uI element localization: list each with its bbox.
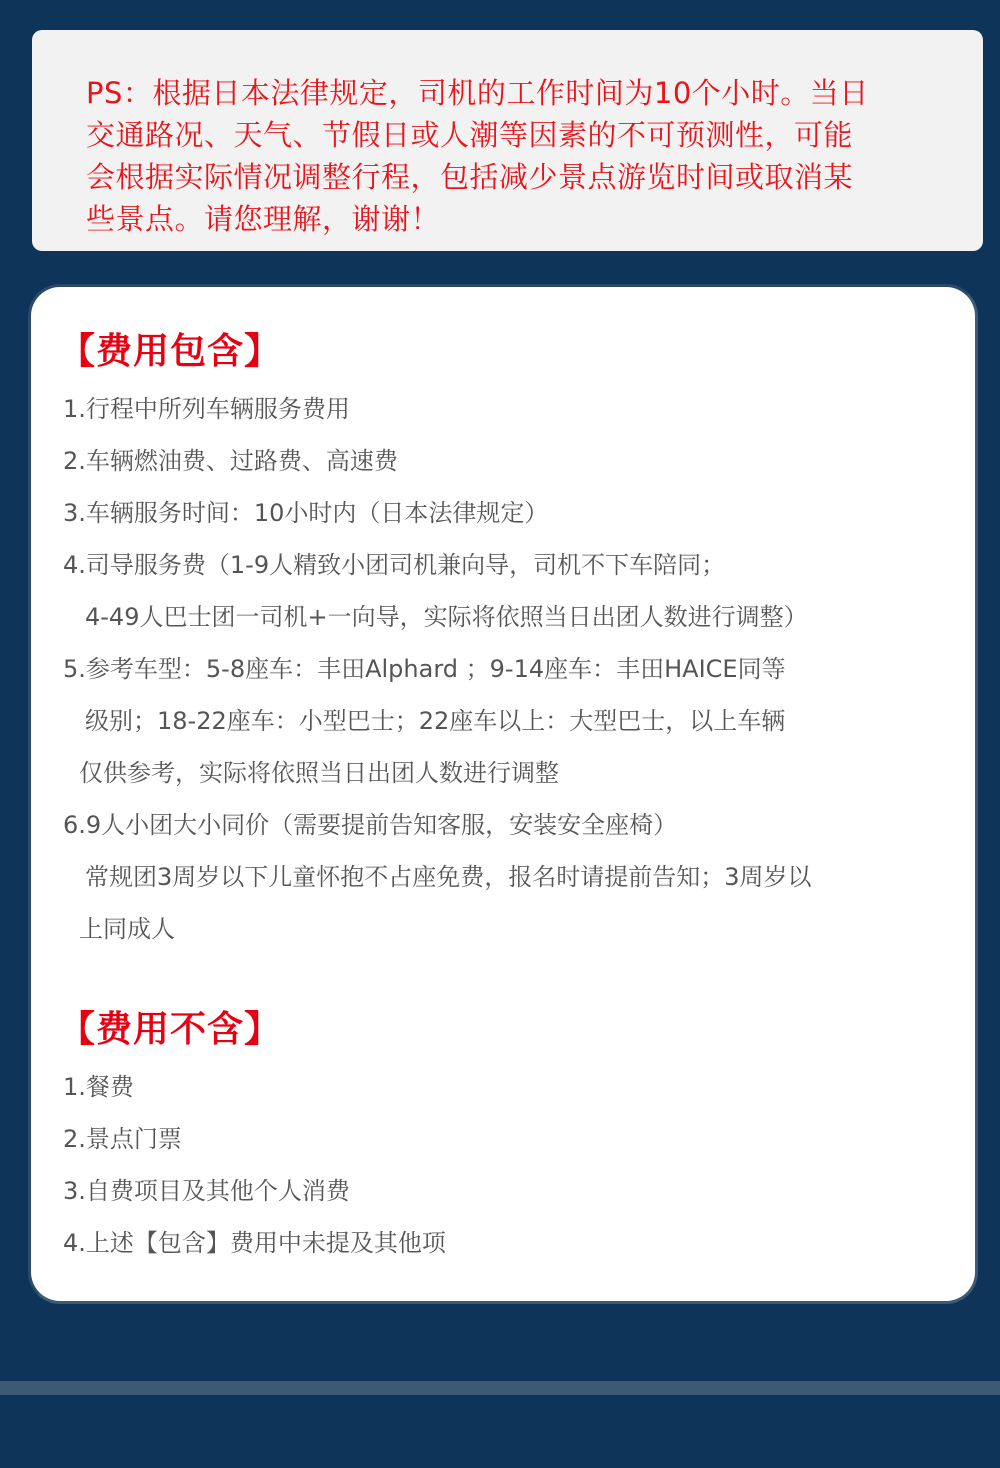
list-item: 2.景点门票 xyxy=(63,1113,945,1165)
excluded-section-title: 【费用不含】 xyxy=(59,1005,945,1055)
list-item-continuation: 仅供参考，实际将依照当日出团人数进行调整 xyxy=(63,747,945,799)
notice-line: 些景点。请您理解，谢谢！ xyxy=(86,198,943,240)
notice-line: 会根据实际情况调整行程，包括减少景点游览时间或取消某 xyxy=(86,156,943,198)
fee-details-card: 【费用包含】 1.行程中所列车辆服务费用 2.车辆燃油费、过路费、高速费 3.车… xyxy=(28,284,978,1304)
list-item: 3.车辆服务时间：10小时内（日本法律规定） xyxy=(63,487,945,539)
list-item: 6.9人小团大小同价（需要提前告知客服，安装安全座椅） xyxy=(63,799,945,851)
list-item: 4.司导服务费（1-9人精致小团司机兼向导，司机不下车陪同； xyxy=(63,539,945,591)
list-item: 4.上述【包含】费用中未提及其他项 xyxy=(63,1217,945,1269)
list-item-continuation: 上同成人 xyxy=(63,903,945,955)
included-list: 1.行程中所列车辆服务费用 2.车辆燃油费、过路费、高速费 3.车辆服务时间：1… xyxy=(63,383,945,955)
list-item: 1.餐费 xyxy=(63,1061,945,1113)
list-item: 5.参考车型：5-8座车：丰田Alphard ；9-14座车：丰田HAICE同等 xyxy=(63,643,945,695)
list-item-continuation: 常规团3周岁以下儿童怀抱不占座免费，报名时请提前告知；3周岁以 xyxy=(63,851,945,903)
list-item: 3.自费项目及其他个人消费 xyxy=(63,1165,945,1217)
notice-line: PS：根据日本法律规定，司机的工作时间为10个小时。当日 xyxy=(86,72,943,114)
list-item: 1.行程中所列车辆服务费用 xyxy=(63,383,945,435)
list-item-continuation: 级别；18-22座车：小型巴士；22座车以上：大型巴士，以上车辆 xyxy=(63,695,945,747)
list-item-continuation: 4-49人巴士团一司机+一向导，实际将依照当日出团人数进行调整） xyxy=(63,591,945,643)
notice-line: 交通路况、天气、节假日或人潮等因素的不可预测性，可能 xyxy=(86,114,943,156)
list-item: 2.车辆燃油费、过路费、高速费 xyxy=(63,435,945,487)
notice-card: PS：根据日本法律规定，司机的工作时间为10个小时。当日 交通路况、天气、节假日… xyxy=(32,30,983,251)
bottom-divider-strip xyxy=(0,1381,1000,1395)
included-section-title: 【费用包含】 xyxy=(59,327,945,377)
excluded-list: 1.餐费 2.景点门票 3.自费项目及其他个人消费 4.上述【包含】费用中未提及… xyxy=(63,1061,945,1269)
